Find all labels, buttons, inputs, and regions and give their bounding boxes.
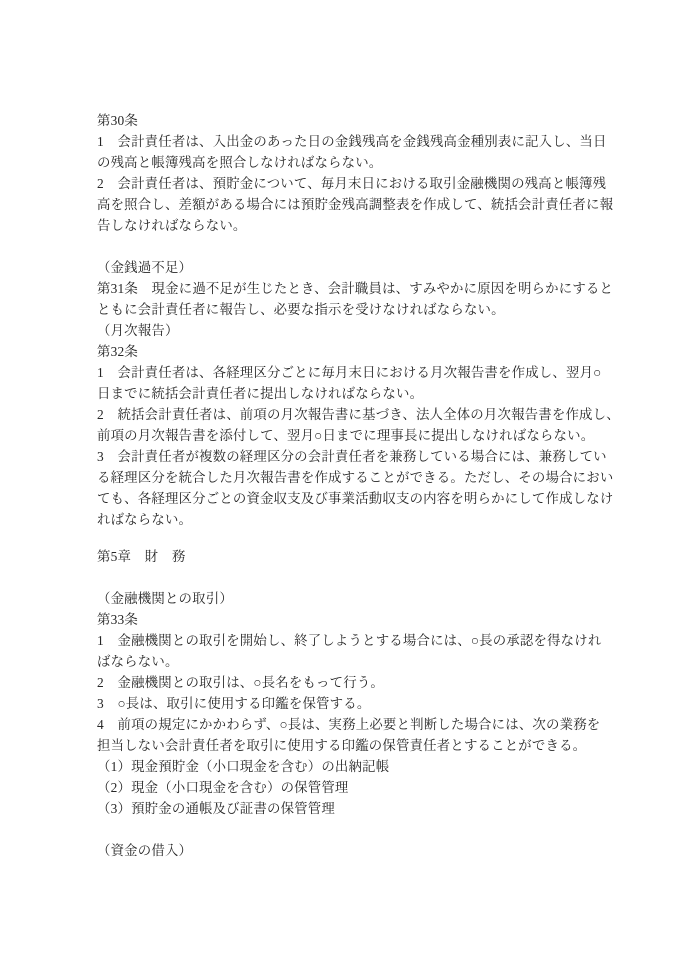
article-32-heading: 第32条 xyxy=(97,341,620,362)
article-33-list-item-3: （3）預貯金の通帳及び証書の保管管理 xyxy=(97,798,620,819)
article-32-item-2-line-2: 前項の月次報告書を添付して、翌月○日までに理事長に提出しなければならない。 xyxy=(97,425,620,446)
article-30-item-1-line-1: 1 会計責任者は、入出金のあった日の金銭残高を金銭残高金種別表に記入し、当日 xyxy=(97,131,620,152)
article-33-item-2: 2 金融機関との取引は、○長名をもって行う。 xyxy=(97,672,620,693)
article-33-item-1-line-2: ばならない。 xyxy=(97,651,620,672)
article-33-item-4-line-1: 4 前項の規定にかかわらず、○長は、実務上必要と判断した場合には、次の業務を xyxy=(97,714,620,735)
article-33-list-item-2: （2）現金（小口現金を含む）の保管管理 xyxy=(97,777,620,798)
article-30-item-1-line-2: の残高と帳簿残高を照合しなければならない。 xyxy=(97,152,620,173)
article-32-item-2-line-1: 2 統括会計責任者は、前項の月次報告書に基づき、法人全体の月次報告書を作成し、 xyxy=(97,404,620,425)
article-32-item-3-line-3: ても、各経理区分ごとの資金収支及び事業活動収支の内容を明らかにして作成しなけ xyxy=(97,488,620,509)
article-33-heading: 第33条 xyxy=(97,609,620,630)
chapter-5-heading: 第5章 財 務 xyxy=(97,546,620,567)
section-heading-monthly-report: （月次報告） xyxy=(97,320,620,341)
article-33-item-3: 3 ○長は、取引に使用する印鑑を保管する。 xyxy=(97,693,620,714)
document-page: 第30条 1 会計責任者は、入出金のあった日の金銭残高を金銭残高金種別表に記入し… xyxy=(0,0,680,962)
article-30-heading: 第30条 xyxy=(97,110,620,131)
article-33-item-1-line-1: 1 金融機関との取引を開始し、終了しようとする場合には、○長の承認を得なけれ xyxy=(97,630,620,651)
article-32-item-1-line-1: 1 会計責任者は、各経理区分ごとに毎月末日における月次報告書を作成し、翌月○ xyxy=(97,362,620,383)
article-33-list-item-1: （1）現金預貯金（小口現金を含む）の出納記帳 xyxy=(97,756,620,777)
article-33-item-4-line-2: 担当しない会計責任者を取引に使用する印鑑の保管責任者とすることができる。 xyxy=(97,735,620,756)
blank-line-2 xyxy=(97,530,620,546)
blank-line-1 xyxy=(97,236,620,257)
article-32-item-3-line-2: る経理区分を統合した月次報告書を作成することができる。ただし、その場合におい xyxy=(97,467,620,488)
section-heading-borrowing-of-funds: （資金の借入） xyxy=(97,840,620,861)
article-32-item-3-line-4: ればならない。 xyxy=(97,509,620,530)
article-31-line-2: ともに会計責任者に報告し、必要な指示を受けなければならない。 xyxy=(97,299,620,320)
article-30-item-2-line-3: 告しなければならない。 xyxy=(97,215,620,236)
article-31-line-1: 第31条 現金に過不足が生じたとき、会計職員は、すみやかに原因を明らかにすると xyxy=(97,278,620,299)
section-heading-cash-discrepancy: （金銭過不足） xyxy=(97,257,620,278)
article-32-item-1-line-2: 日までに統括会計責任者に提出しなければならない。 xyxy=(97,383,620,404)
article-32-item-3-line-1: 3 会計責任者が複数の経理区分の会計責任者を兼務している場合には、兼務してい xyxy=(97,446,620,467)
document-text-block: 第30条 1 会計責任者は、入出金のあった日の金銭残高を金銭残高金種別表に記入し… xyxy=(97,110,620,861)
section-heading-financial-institution-transactions: （金融機関との取引） xyxy=(97,588,620,609)
blank-line-4 xyxy=(97,819,620,840)
article-30-item-2-line-2: 高を照合し、差額がある場合には預貯金残高調整表を作成して、統括会計責任者に報 xyxy=(97,194,620,215)
article-30-item-2-line-1: 2 会計責任者は、預貯金について、毎月末日における取引金融機関の残高と帳簿残 xyxy=(97,173,620,194)
blank-line-3 xyxy=(97,567,620,588)
